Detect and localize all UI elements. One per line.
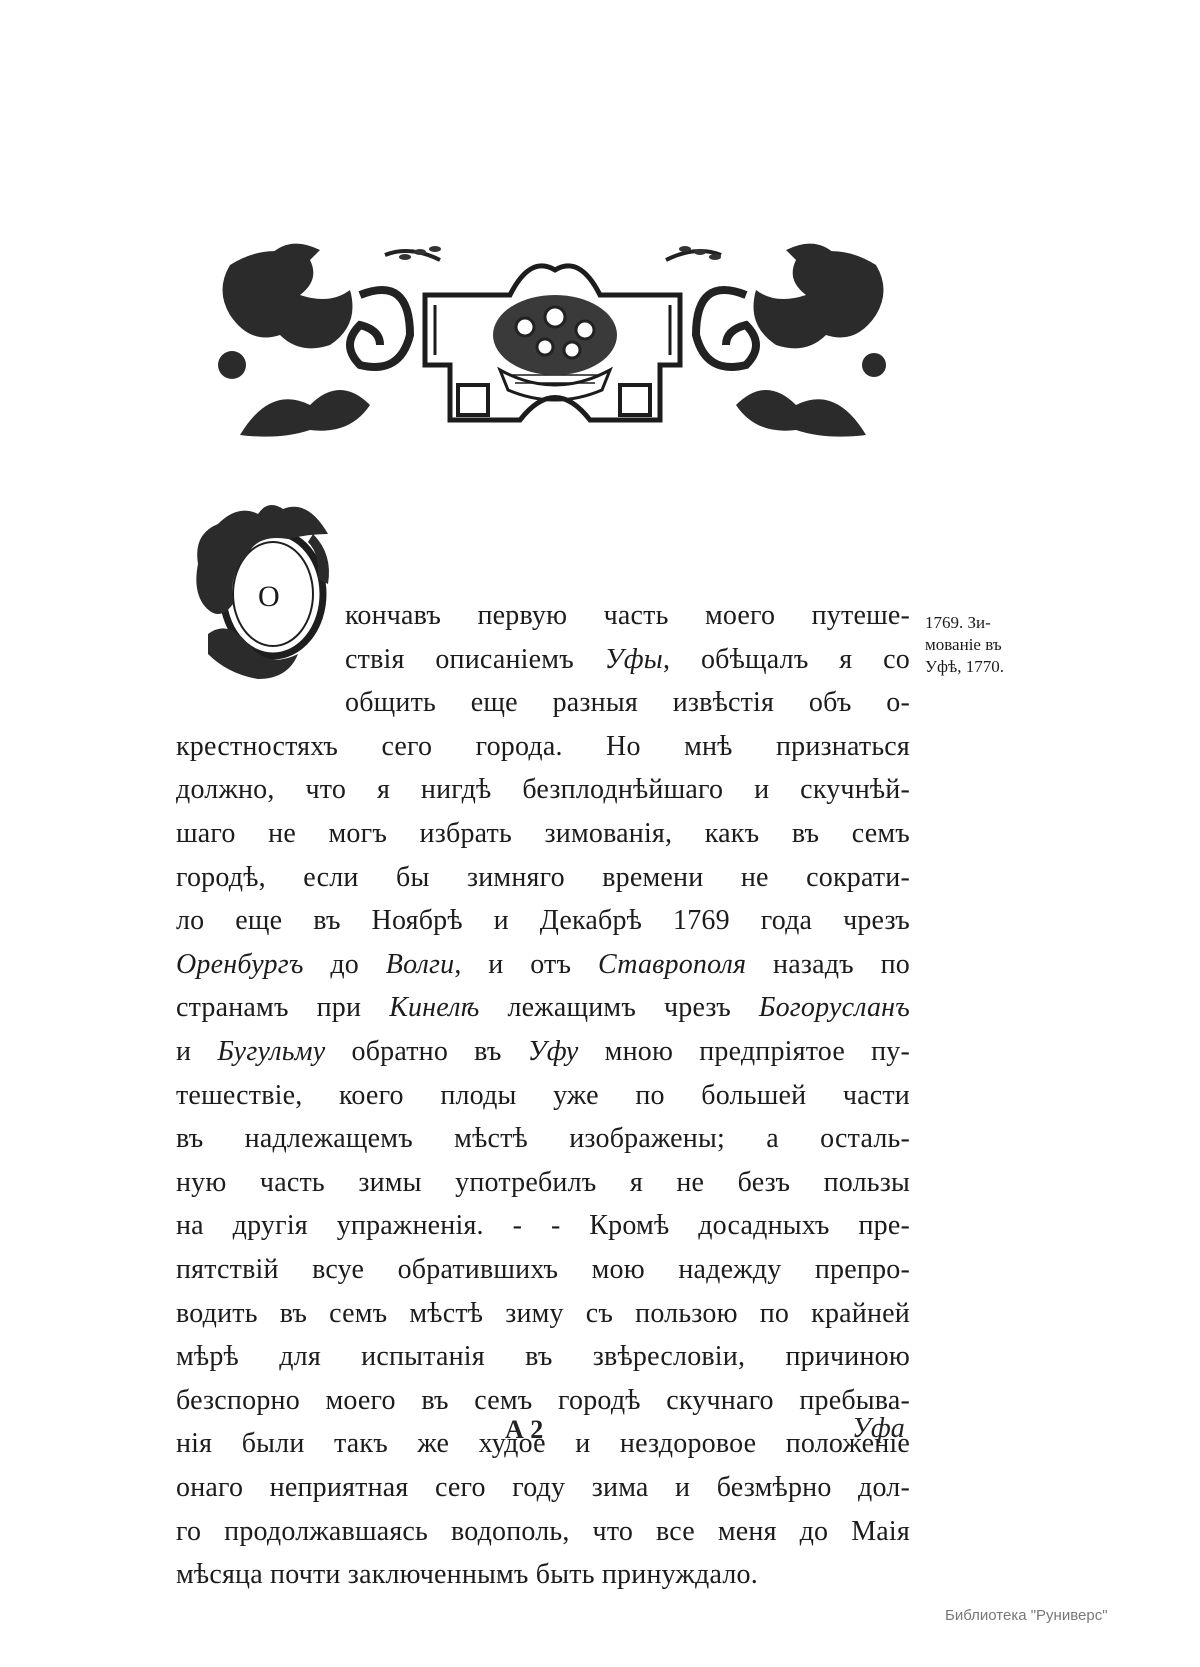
italic-proper-noun: Богорусланъ	[759, 992, 910, 1023]
margin-note-line: Уфѣ, 1770.	[925, 656, 1030, 678]
signature-mark: А 2	[505, 1415, 543, 1445]
ornament-flower-basket-icon	[210, 235, 896, 440]
italic-proper-noun: Кинелѣ	[389, 992, 479, 1023]
text-segment: безспорно моего въ семъ городѣ скучнаго …	[176, 1385, 910, 1416]
text-segment: странамъ при	[176, 992, 389, 1023]
catchword: Уфа	[852, 1413, 905, 1445]
italic-proper-noun: Уфу	[528, 1036, 579, 1067]
text-line: ную часть зимы употребилъ я не безъ поль…	[176, 1169, 910, 1197]
text-line: странамъ при Кинелѣ лежащимъ чрезъ Богор…	[176, 994, 910, 1022]
text-line: мѣсяца почти заключеннымъ быть принуждал…	[176, 1561, 910, 1589]
library-watermark: Библиотека "Руниверс"	[945, 1607, 1108, 1624]
text-line: на другія упражненія. - - Кромѣ досадных…	[176, 1212, 910, 1240]
text-segment: должно, что я нигдѣ безплоднѣйшаго и ску…	[176, 774, 910, 805]
text-segment: шаго не могъ избрать зимованія, какъ въ …	[176, 818, 910, 849]
margin-note-line: мованіе въ	[925, 634, 1030, 656]
text-segment: , и отъ	[454, 949, 598, 980]
text-segment: на другія упражненія. - - Кромѣ досадных…	[176, 1210, 910, 1241]
text-segment: общить еще разныя извѣстія объ о-	[345, 687, 910, 718]
text-line: онаго неприятная сего году зима и безмѣр…	[176, 1474, 910, 1502]
text-line: пятствій всуе обратившихъ мою надежду пр…	[176, 1256, 910, 1284]
text-segment: , обѣщалъ я со	[663, 644, 910, 675]
drop-cap-letter: О	[258, 582, 280, 612]
text-line: мѣрѣ для испытанія въ звѣресловіи, причи…	[176, 1343, 910, 1371]
text-segment: кончавъ первую часть моего путеше-	[345, 600, 910, 631]
text-line: Оренбургъ до Волги, и отъ Ставрополя наз…	[176, 951, 910, 979]
text-segment: водить въ семъ мѣстѣ зиму съ пользою по …	[176, 1298, 910, 1329]
text-segment: тешествіе, коего плоды уже по большей ча…	[176, 1080, 910, 1111]
text-line: въ надлежащемъ мѣстѣ изображены; а остал…	[176, 1125, 910, 1153]
margin-note: 1769. Зи- мованіе въ Уфѣ, 1770.	[925, 612, 1030, 678]
text-segment: до	[304, 949, 386, 980]
text-line: ствія описаніемъ Уфы, обѣщалъ я со	[345, 646, 910, 674]
text-segment: обратно въ	[325, 1036, 527, 1067]
italic-proper-noun: Бугульму	[217, 1036, 325, 1067]
text-line: тешествіе, коего плоды уже по большей ча…	[176, 1082, 910, 1110]
margin-note-line: 1769. Зи-	[925, 612, 1030, 634]
text-segment: пятствій всуе обратившихъ мою надежду пр…	[176, 1254, 910, 1285]
italic-proper-noun: Волги	[386, 949, 455, 980]
text-segment: назадъ по	[746, 949, 910, 980]
text-segment: ло еще въ Ноябрѣ и Декабрѣ 1769 года чре…	[176, 905, 910, 936]
text-segment: городѣ, если бы зимняго времени не сокра…	[176, 862, 910, 893]
text-line: безспорно моего въ семъ городѣ скучнаго …	[176, 1387, 910, 1415]
text-line: и Бугульму обратно въ Уфу мною предпріят…	[176, 1038, 910, 1066]
text-line: крестностяхъ сего города. Но мнѣ признат…	[176, 733, 910, 761]
text-line: водить въ семъ мѣстѣ зиму съ пользою по …	[176, 1300, 910, 1328]
text-segment: въ надлежащемъ мѣстѣ изображены; а остал…	[176, 1123, 910, 1154]
italic-proper-noun: Уфы	[605, 644, 663, 675]
headpiece-ornament	[210, 235, 896, 440]
book-page: О кончавъ первую часть моего путеше-стві…	[0, 0, 1200, 1667]
text-segment: лежащимъ чрезъ	[480, 992, 759, 1023]
text-line: должно, что я нигдѣ безплоднѣйшаго и ску…	[176, 776, 910, 804]
text-segment: онаго неприятная сего году зима и безмѣр…	[176, 1472, 910, 1503]
text-segment: ную часть зимы употребилъ я не безъ поль…	[176, 1167, 910, 1198]
text-line: общить еще разныя извѣстія объ о-	[345, 689, 910, 717]
text-segment: мѣрѣ для испытанія въ звѣресловіи, причи…	[176, 1341, 910, 1372]
text-line: кончавъ первую часть моего путеше-	[345, 602, 910, 630]
text-segment: ствія описаніемъ	[345, 644, 605, 675]
text-segment: крестностяхъ сего города. Но мнѣ признат…	[176, 731, 910, 762]
text-line: го продолжавшаясь водополь, что все меня…	[176, 1518, 910, 1546]
text-line: шаго не могъ избрать зимованія, какъ въ …	[176, 820, 910, 848]
text-segment: мною предпріятое пу-	[579, 1036, 910, 1067]
text-line: ло еще въ Ноябрѣ и Декабрѣ 1769 года чре…	[176, 907, 910, 935]
text-segment: го продолжавшаясь водополь, что все меня…	[176, 1516, 910, 1547]
italic-proper-noun: Ставрополя	[598, 949, 746, 980]
text-segment: мѣсяца почти заключеннымъ быть принуждал…	[176, 1559, 758, 1590]
italic-proper-noun: Оренбургъ	[176, 949, 304, 980]
text-line: городѣ, если бы зимняго времени не сокра…	[176, 864, 910, 892]
text-segment: и	[176, 1036, 217, 1067]
